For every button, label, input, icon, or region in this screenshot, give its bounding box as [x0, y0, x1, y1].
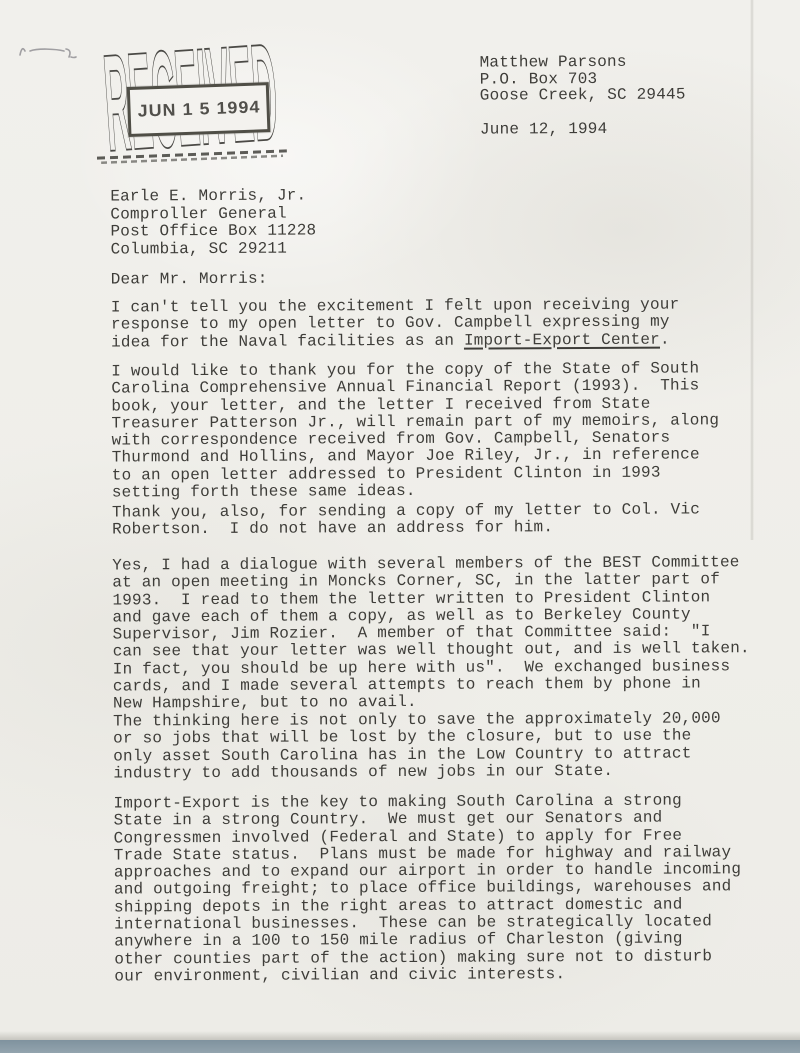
scanner-background-band [0, 1040, 800, 1053]
paragraph-3: Thank you, also, for sending a copy of m… [112, 501, 780, 539]
recipient-address-line2: Columbia, SC 29211 [111, 240, 317, 259]
paragraph-1: I can't tell you the excitement I felt u… [111, 296, 779, 351]
paragraph-1-post: . [660, 330, 670, 348]
letter-page: RECEIVED JUN 1 5 1994 Matthew Parsons P.… [0, 0, 800, 1040]
sender-address-line2: Goose Creek, SC 29445 [480, 87, 686, 105]
letter-content: Matthew Parsons P.O. Box 703 Goose Creek… [0, 0, 800, 1042]
paragraph-6: Import-Export is the key to making South… [113, 792, 782, 986]
salutation: Dear Mr. Morris: [111, 270, 268, 289]
recipient-name: Earle E. Morris, Jr. [110, 187, 316, 206]
underlined-phrase: Import-Export Center [464, 330, 660, 349]
sender-name: Matthew Parsons [480, 53, 686, 71]
paper-crease [750, 0, 754, 540]
paragraph-5: The thinking here is not only to save th… [113, 710, 781, 783]
recipient-block: Earle E. Morris, Jr. Comproller General … [110, 187, 316, 258]
paragraph-4: Yes, I had a dialogue with several membe… [112, 554, 781, 713]
paragraph-2: I would like to thank you for the copy o… [111, 360, 780, 502]
letter-date: June 12, 1994 [480, 120, 608, 139]
sender-block: Matthew Parsons P.O. Box 703 Goose Creek… [480, 53, 686, 104]
recipient-address-line1: Post Office Box 11228 [110, 223, 316, 242]
